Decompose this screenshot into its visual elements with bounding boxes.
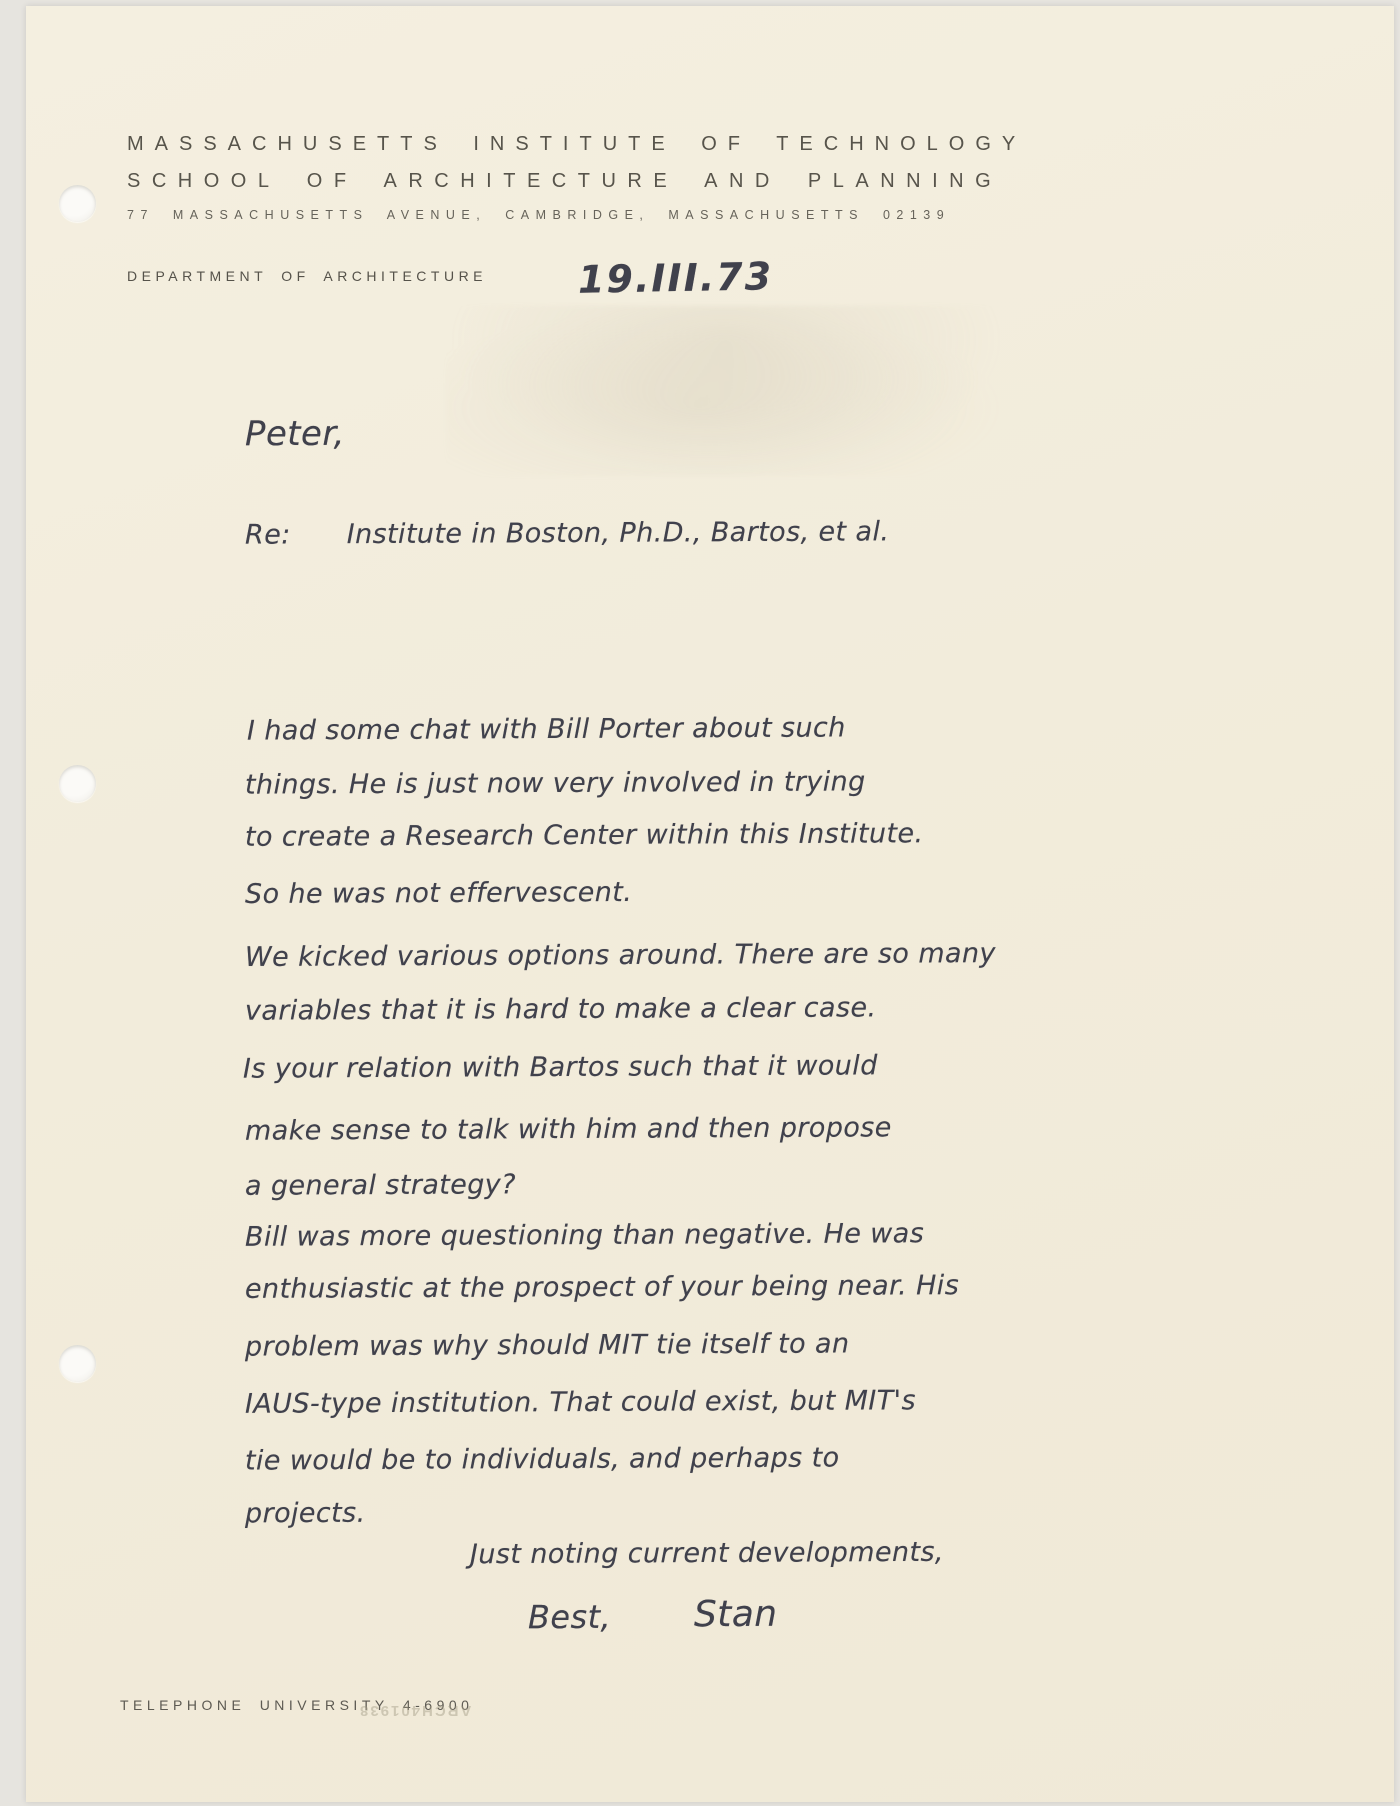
body-line: I had some chat with Bill Porter about s… — [247, 712, 846, 746]
body-line: make sense to talk with him and then pro… — [245, 1112, 892, 1146]
punch-hole-bottom — [59, 1345, 96, 1382]
body-line: We kicked various options around. There … — [245, 938, 996, 973]
signoff-word: Best, — [528, 1598, 611, 1636]
body-line: So he was not effervescent. — [245, 877, 632, 910]
closing-line: Just noting current developments, — [470, 1537, 944, 1570]
signature: Stan — [694, 1594, 778, 1635]
letterhead-institution-line1: MASSACHUSETTS INSTITUTE OF TECHNOLOGY — [127, 133, 1026, 156]
handwritten-date: 19.III.73 — [578, 254, 774, 301]
salutation: Peter, — [245, 414, 345, 455]
letterhead-department: DEPARTMENT OF ARCHITECTURE — [127, 268, 487, 284]
subject-line: Re: Institute in Boston, Ph.D., Bartos, … — [245, 516, 889, 550]
body-line: variables that it is hard to make a clea… — [245, 992, 877, 1026]
body-line: tie would be to individuals, and perhaps… — [245, 1442, 840, 1476]
punch-hole-top — [59, 185, 96, 222]
subject-text: Institute in Boston, Ph.D., Bartos, et a… — [347, 516, 890, 550]
body-line: to create a Research Center within this … — [245, 818, 924, 853]
body-line: Is your relation with Bartos such that i… — [243, 1050, 878, 1084]
scanned-letter-page: MASSACHUSETTS INSTITUTE OF TECHNOLOGY SC… — [0, 0, 1400, 1806]
body-line: projects. — [245, 1498, 366, 1530]
letterhead-address: 77 MASSACHUSETTS AVENUE, CAMBRIDGE, MASS… — [127, 208, 950, 222]
archive-stamp: ARCH401938 — [358, 1702, 471, 1719]
body-line: problem was why should MIT tie itself to… — [245, 1328, 850, 1362]
bleed-through-ghost — [446, 306, 1006, 476]
letterhead-institution-line2: SCHOOL OF ARCHITECTURE AND PLANNING — [127, 170, 1002, 193]
body-line: things. He is just now very involved in … — [245, 766, 866, 800]
subject-label: Re: — [245, 519, 291, 550]
body-line: enthusiastic at the prospect of your bei… — [245, 1270, 959, 1305]
body-line: Bill was more questioning than negative.… — [245, 1218, 924, 1253]
body-line: IAUS-type institution. That could exist,… — [245, 1385, 916, 1420]
body-line: a general strategy? — [245, 1169, 516, 1201]
letter-paper: MASSACHUSETTS INSTITUTE OF TECHNOLOGY SC… — [26, 6, 1394, 1802]
punch-hole-middle — [59, 765, 96, 802]
